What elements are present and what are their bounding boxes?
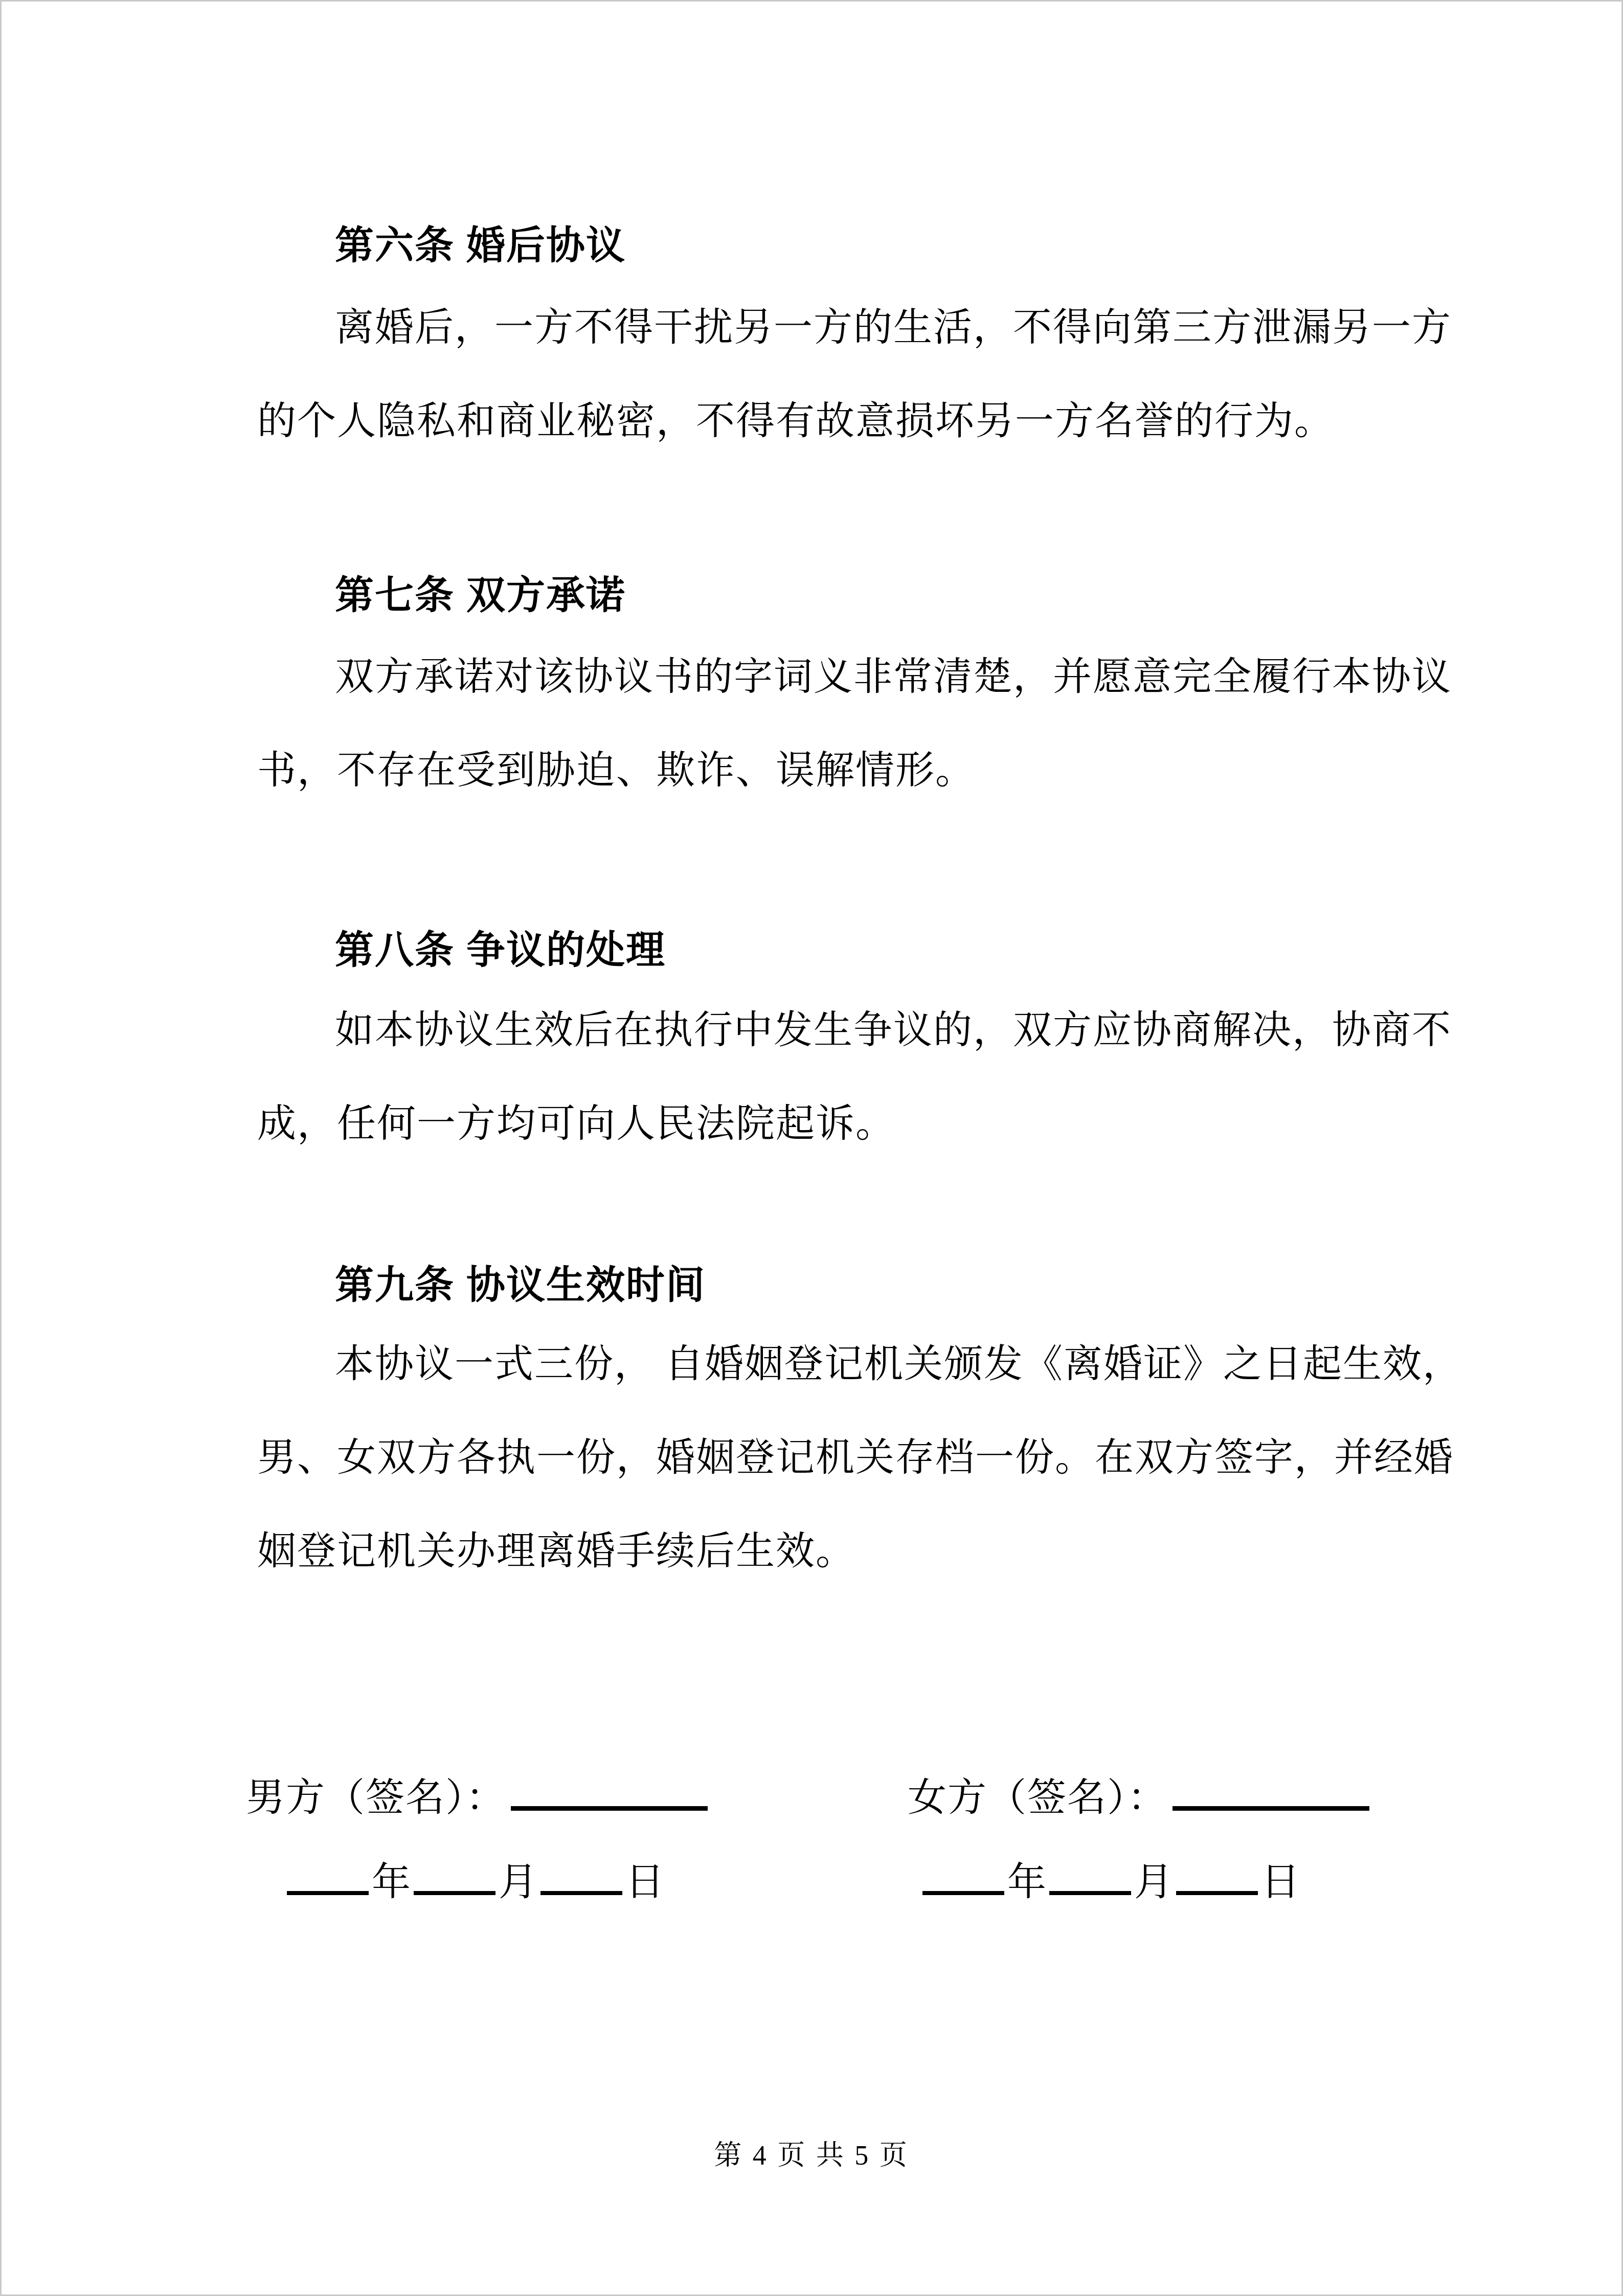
section-heading-9: 第九条 协议生效时间 [335, 1252, 706, 1319]
female-day-label: 日 [1261, 1861, 1300, 1904]
female-month-label: 月 [1134, 1861, 1173, 1904]
paragraph-line: 成，任何一方均可向人民法院起诉。 [257, 1077, 1438, 1171]
paragraph-line: 的个人隐私和商业秘密，不得有故意损坏另一方名誉的行为。 [257, 375, 1438, 468]
page-number-footer: 第 4 页 共 5 页 [2, 2135, 1621, 2176]
paragraph-line: 姻登记机关办理离婚手续后生效。 [257, 1505, 1438, 1599]
male-year-blank [287, 1884, 369, 1895]
female-signature-label: 女方（签名）： [908, 1776, 1167, 1819]
section-heading-8: 第八条 争议的处理 [335, 917, 666, 984]
paragraph-line: 双方承诺对该协议书的字词义非常清楚，并愿意完全履行本协议 [257, 631, 1438, 724]
section-paragraph-6: 离婚后，一方不得干扰另一方的生活，不得向第三方泄漏另一方 的个人隐私和商业秘密，… [257, 281, 1438, 468]
section-paragraph-7: 双方承诺对该协议书的字词义非常清楚，并愿意完全履行本协议 书，不存在受到胁迫、欺… [257, 631, 1438, 818]
paragraph-line: 男、女双方各执一份，婚姻登记机关存档一份。在双方签字，并经婚 [257, 1411, 1438, 1505]
section-paragraph-8: 如本协议生效后在执行中发生争议的，双方应协商解决，协商不 成，任何一方均可向人民… [257, 984, 1438, 1171]
section-paragraph-9: 本协议一式三份， 自婚姻登记机关颁发《离婚证》之日起生效， 男、女双方各执一份，… [257, 1318, 1438, 1599]
date-row: 年月日 年月日 [2, 1849, 1621, 1916]
female-date: 年月日 [919, 1849, 1300, 1916]
section-heading-7: 第七条 双方承诺 [335, 562, 626, 629]
paragraph-line: 如本协议生效后在执行中发生争议的，双方应协商解决，协商不 [257, 984, 1438, 1077]
male-month-blank [414, 1884, 495, 1895]
male-day-label: 日 [625, 1861, 664, 1904]
paragraph-line: 本协议一式三份， 自婚姻登记机关颁发《离婚证》之日起生效， [257, 1318, 1438, 1411]
female-month-blank [1049, 1884, 1131, 1895]
male-signature-blank [511, 1799, 708, 1811]
document-page: 第六条 婚后协议 离婚后，一方不得干扰另一方的生活，不得向第三方泄漏另一方 的个… [0, 0, 1623, 2296]
male-signature: 男方（签名）： [246, 1765, 708, 1831]
female-year-label: 年 [1007, 1861, 1046, 1904]
paragraph-line: 书，不存在受到胁迫、欺诈、误解情形。 [257, 724, 1438, 818]
male-signature-label: 男方（签名）： [246, 1776, 506, 1819]
male-month-label: 月 [499, 1861, 537, 1904]
female-signature: 女方（签名）： [908, 1765, 1369, 1831]
male-year-label: 年 [372, 1861, 411, 1904]
signature-row: 男方（签名）： 女方（签名）： [2, 1765, 1621, 1831]
female-year-blank [922, 1884, 1004, 1895]
female-signature-blank [1173, 1799, 1369, 1811]
female-day-blank [1176, 1884, 1258, 1895]
male-day-blank [540, 1884, 622, 1895]
section-heading-6: 第六条 婚后协议 [335, 213, 626, 279]
male-date: 年月日 [284, 1849, 664, 1916]
paragraph-line: 离婚后，一方不得干扰另一方的生活，不得向第三方泄漏另一方 [257, 281, 1438, 375]
